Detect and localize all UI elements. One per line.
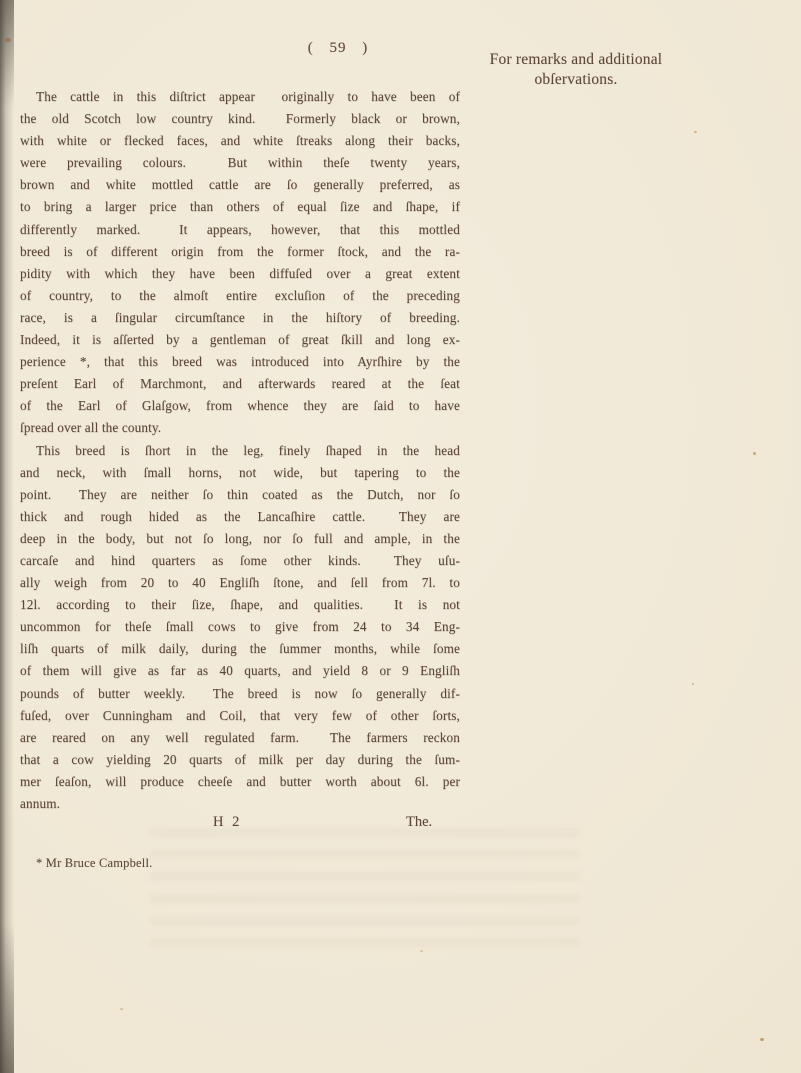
text-line: annum.	[20, 793, 460, 815]
text-line: fuſed, over Cunningham and Coil, that ve…	[20, 705, 460, 727]
text-line: liſh quarts of milk daily, during the ſu…	[20, 638, 460, 660]
foxing-speck	[694, 131, 697, 133]
paragraph-cattle-origin: The cattle in this diſtrict appear origi…	[20, 86, 460, 440]
foxing-speck	[120, 1008, 123, 1010]
text-line: ſpread over all the county.	[20, 417, 460, 439]
text-line: The cattle in this diſtrict appear origi…	[20, 86, 460, 108]
text-line: differently marked. It appears, however,…	[20, 219, 460, 241]
text-line: preſent Earl of Marchmont, and afterward…	[20, 373, 460, 395]
text-line: with white or flecked faces, and white ſ…	[20, 130, 460, 152]
footnote: * Mr Bruce Campbell.	[36, 856, 152, 871]
text-line: mer ſeaſon, will produce cheeſe and butt…	[20, 771, 460, 793]
book-page-scan: ( 59 ) For remarks and additional obſerv…	[0, 0, 801, 1073]
body-text: The cattle in this diſtrict appear origi…	[20, 86, 460, 815]
binding-edge-shadow	[0, 0, 14, 1073]
margin-note-line: For remarks and additional	[450, 50, 702, 70]
foxing-speck	[5, 38, 11, 42]
text-line: Indeed, it is aſſerted by a gentleman of…	[20, 329, 460, 351]
catchword: The.	[406, 814, 432, 831]
text-line: breed is of different origin from the fo…	[20, 241, 460, 263]
text-line: This breed is ſhort in the leg, finely ſ…	[20, 440, 460, 462]
foxing-speck	[753, 452, 756, 455]
text-line: 12l. according to their ſize, ſhape, and…	[20, 594, 460, 616]
text-line: brown and white mottled cattle are ſo ge…	[20, 174, 460, 196]
text-line: of the Earl of Glaſgow, from whence they…	[20, 395, 460, 417]
text-line: are reared on any well regulated farm. T…	[20, 727, 460, 749]
text-line: pidity with which they have been diffuſe…	[20, 263, 460, 285]
text-line: to bring a larger price than others of e…	[20, 196, 460, 218]
text-line: uncommon for theſe ſmall cows to give fr…	[20, 616, 460, 638]
text-line: deep in the body, but not ſo long, nor ſ…	[20, 528, 460, 550]
text-line: the old Scotch low country kind. Formerl…	[20, 108, 460, 130]
showthrough-ghost-text	[150, 828, 580, 958]
margin-note: For remarks and additional obſervations.	[450, 50, 702, 90]
foxing-speck	[760, 1038, 764, 1041]
text-line: of country, to the almoſt entire excluſi…	[20, 285, 460, 307]
text-line: perience *, that this breed was introduc…	[20, 351, 460, 373]
text-line: that a cow yielding 20 quarts of milk pe…	[20, 749, 460, 771]
text-line: of them will give as far as 40 quarts, a…	[20, 660, 460, 682]
text-line: carcaſe and hind quarters as ſome other …	[20, 550, 460, 572]
text-line: race, is a ſingular circumſtance in the …	[20, 307, 460, 329]
text-line: pounds of butter weekly. The breed is no…	[20, 683, 460, 705]
signature-mark: H 2	[213, 814, 239, 831]
text-line: point. They are neither ſo thin coated a…	[20, 484, 460, 506]
text-line: thick and rough hided as the Lancaſhire …	[20, 506, 460, 528]
foxing-speck	[420, 950, 423, 952]
text-line: ally weigh from 20 to 40 Engliſh ſtone, …	[20, 572, 460, 594]
text-line: were prevailing colours. But within theſ…	[20, 152, 460, 174]
margin-note-line: obſervations.	[450, 70, 702, 90]
page-number: ( 59 )	[288, 40, 388, 57]
text-line: and neck, with ſmall horns, not wide, bu…	[20, 462, 460, 484]
foxing-speck	[692, 683, 694, 685]
paragraph-breed-description: This breed is ſhort in the leg, finely ſ…	[20, 440, 460, 816]
